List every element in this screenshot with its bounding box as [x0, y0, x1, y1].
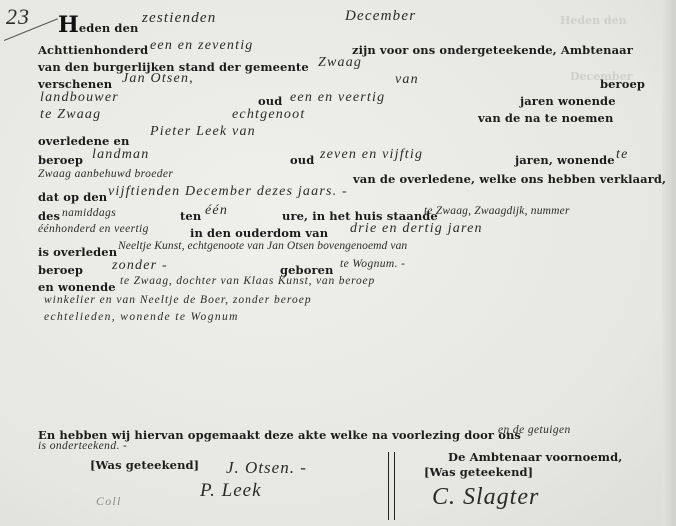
hand-declarant1: Jan Otsen,	[122, 71, 194, 87]
page-edge	[662, 0, 676, 526]
hand-parents-2: winkelier en van Neeltje de Boer, zonder…	[44, 294, 312, 306]
printed-text: zijn voor ons ondergeteekende, Ambtenaar	[352, 43, 633, 57]
hand-hour: één	[205, 203, 228, 219]
hand-occupation2: landman	[92, 147, 149, 163]
printed-text: van de na te noemen	[478, 111, 613, 125]
printed-text: Achttienhonderd	[38, 43, 148, 57]
hand-age2: zeven en vijftig	[320, 147, 423, 163]
was-signed-left: [Was geteekend]	[90, 458, 199, 472]
bleed-through-text: Heden den	[560, 14, 627, 27]
official-title: De Ambtenaar voornoemd,	[448, 450, 622, 464]
hand-parents-3: echtelieden, wonende te Wognum	[44, 311, 239, 323]
printed-text: beroep	[600, 77, 645, 91]
hand-deceased: Neeltje Kunst, echtgenoote van Jan Otsen…	[118, 240, 407, 252]
hand-house-cont: éénhonderd en veertig	[38, 223, 149, 235]
printed-text: oud	[290, 153, 314, 167]
hand-closing-cont: en de getuigen	[498, 424, 571, 436]
hand-occupation-deceased: zonder -	[112, 258, 168, 274]
hand-declarant2: Pieter Leek van	[150, 124, 256, 140]
hand-residence2: te	[616, 147, 629, 163]
hand-age-deceased: drie en dertig jaren	[350, 221, 483, 237]
entry-number: 23	[6, 4, 30, 30]
civil-record-page: Heden den December 23 Heden den zestiend…	[0, 0, 676, 526]
hand-age1: een en veertig	[290, 90, 385, 106]
hand-birthplace: te Wognum. -	[340, 258, 405, 270]
hand-house: te Zwaag, Zwaagdijk, nummer	[424, 205, 570, 217]
brace-right	[388, 452, 395, 520]
printed-text: jaren, wonende	[515, 153, 615, 167]
hand-death-date: vijftienden December dezes jaars. -	[108, 184, 348, 200]
hand-occupation1: landbouwer	[40, 90, 119, 106]
signature-declarant2: P. Leek	[200, 480, 262, 502]
printed-text: beroep	[38, 153, 83, 167]
hand-relation1: echtgenoot	[232, 107, 305, 123]
printed-text: beroep	[38, 263, 83, 277]
printed-text: overledene en	[38, 134, 129, 148]
hand-van: van	[395, 72, 419, 88]
initial-letter: H	[58, 12, 79, 38]
printed-heden: Heden den	[58, 12, 138, 38]
printed-text: verschenen	[38, 77, 112, 91]
printed-text: des	[38, 209, 60, 223]
printed-text: en wonende	[38, 280, 116, 294]
was-signed-right: [Was geteekend]	[424, 465, 533, 479]
hand-year: een en zeventig	[150, 38, 254, 54]
hand-time-of-day: namiddags	[62, 207, 116, 219]
hand-parents-1: te Zwaag, dochter van Klaas Kunst, van b…	[120, 275, 375, 287]
signature-declarant1: J. Otsen. -	[226, 458, 307, 478]
hand-day: zestienden	[142, 10, 216, 27]
printed-text: van de overledene, welke ons hebben verk…	[353, 172, 666, 186]
printed-text: eden den	[79, 21, 139, 35]
printed-text: oud	[258, 94, 282, 108]
printed-text: jaren wonende	[520, 94, 616, 108]
signature-official: C. Slagter	[432, 484, 539, 511]
hand-relation2: Zwaag aanbehuwd broeder	[38, 168, 173, 180]
pencil-note: Coll	[96, 494, 121, 509]
hand-municipality: Zwaag	[318, 55, 362, 71]
printed-text: dat op den	[38, 190, 107, 204]
printed-text: ten	[180, 209, 201, 223]
printed-text: in den ouderdom van	[190, 226, 328, 240]
hand-month: December	[345, 8, 416, 25]
hand-residence1: te Zwaag	[40, 107, 101, 123]
printed-text: is overleden	[38, 245, 117, 259]
hand-closing-cont2: is onderteekend. -	[38, 440, 127, 452]
